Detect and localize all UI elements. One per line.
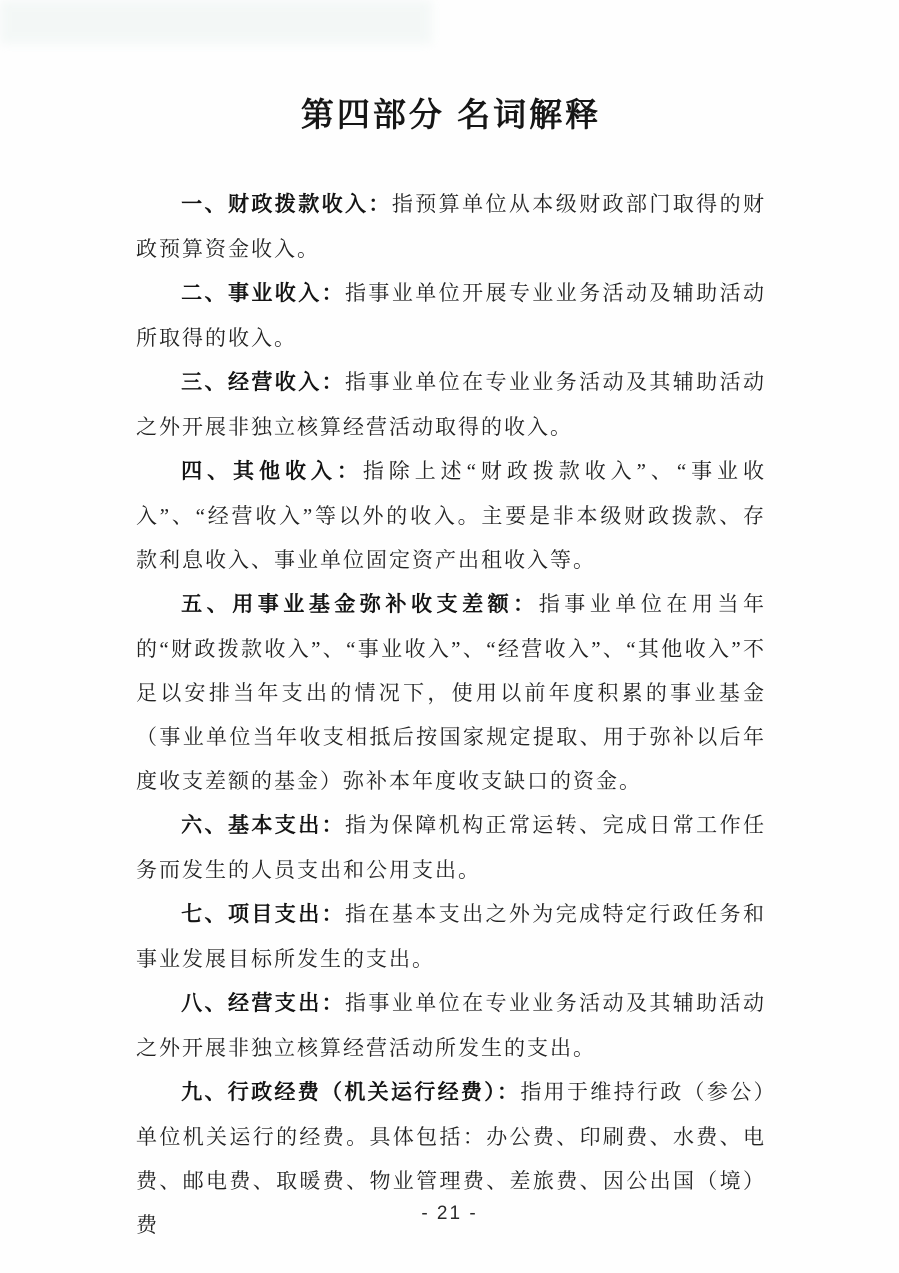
term-label: 八、经营支出： bbox=[181, 992, 345, 1015]
term-label: 九、行政经费（机关运行经费）： bbox=[181, 1081, 520, 1104]
term-label: 一、财政拨款收入： bbox=[181, 193, 392, 216]
term-paragraph: 六、基本支出：指为保障机构正常运转、完成日常工作任务而发生的人员支出和公用支出。 bbox=[136, 803, 766, 892]
term-paragraph: 四、其他收入：指除上述“财政拨款收入”、“事业收入”、“经营收入”等以外的收入。… bbox=[136, 449, 766, 582]
document-content: 第四部分 名词解释 一、财政拨款收入：指预算单位从本级财政部门取得的财政预算资金… bbox=[136, 0, 766, 1247]
term-label: 五、用事业基金弥补收支差额： bbox=[181, 593, 539, 616]
term-paragraph: 一、财政拨款收入：指预算单位从本级财政部门取得的财政预算资金收入。 bbox=[136, 182, 766, 271]
term-definition: 指事业单位在用当年的“财政拨款收入”、“事业收入”、“经营收入”、“其他收入”不… bbox=[136, 592, 766, 793]
term-paragraph: 二、事业收入：指事业单位开展专业业务活动及辅助活动所取得的收入。 bbox=[136, 271, 766, 360]
page-title: 第四部分 名词解释 bbox=[136, 92, 766, 138]
term-paragraph: 七、项目支出：指在基本支出之外为完成特定行政任务和事业发展目标所发生的支出。 bbox=[136, 892, 766, 981]
term-paragraph: 八、经营支出：指事业单位在专业业务活动及其辅助活动之外开展非独立核算经营活动所发… bbox=[136, 981, 766, 1070]
term-label: 三、经营收入： bbox=[181, 371, 345, 394]
term-label: 四、其他收入： bbox=[181, 460, 363, 483]
term-paragraph: 五、用事业基金弥补收支差额：指事业单位在用当年的“财政拨款收入”、“事业收入”、… bbox=[136, 582, 766, 803]
term-label: 二、事业收入： bbox=[181, 282, 345, 305]
page-number: - 21 - bbox=[0, 1203, 899, 1225]
document-page: 第四部分 名词解释 一、财政拨款收入：指预算单位从本级财政部门取得的财政预算资金… bbox=[0, 0, 899, 1273]
term-paragraph: 三、经营收入：指事业单位在专业业务活动及其辅助活动之外开展非独立核算经营活动取得… bbox=[136, 360, 766, 449]
term-label: 七、项目支出： bbox=[181, 903, 345, 926]
term-label: 六、基本支出： bbox=[181, 814, 345, 837]
